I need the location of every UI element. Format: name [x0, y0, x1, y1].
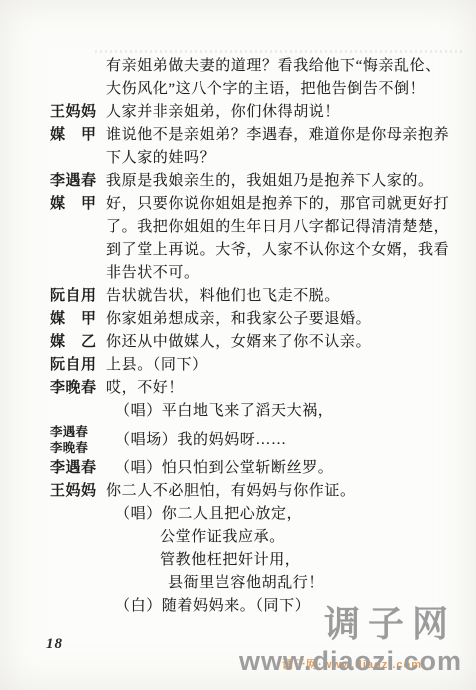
dialogue-block: 李遇春李晚春（唱场）我的妈妈呀……	[50, 423, 458, 457]
dialogue-line: 告状就告状，料他们也飞走不脱。	[106, 285, 458, 308]
page-number: 18	[46, 636, 63, 653]
speaker-name: 李遇春李晚春	[50, 424, 106, 456]
dialogue-block: 李遇春我原是我娘亲生的，我姐姐乃是抱养下人家的。	[50, 170, 458, 193]
dialogue-line: 哎，不好！	[106, 377, 458, 400]
dialogue-line: （唱场）我的妈妈呀……	[106, 423, 458, 457]
dialogue-line: 有亲姐弟做夫妻的道理？看我给他下“悔亲乱伦、	[106, 55, 458, 78]
dialogue-block: （唱）平白地飞来了滔天大祸，	[50, 400, 458, 423]
speaker-name: 李遇春	[50, 170, 106, 193]
dialogue-line: （唱）怕只怕到公堂斩断丝罗。	[106, 457, 458, 480]
dialogue-lines: （唱）怕只怕到公堂斩断丝罗。	[106, 457, 458, 480]
dialogue-block: 有亲姐弟做夫妻的道理？看我给他下“悔亲乱伦、大伤风化”这八个字的主语，把他告倒告…	[50, 55, 458, 101]
dialogue-line: 公堂作证我应承。	[106, 526, 458, 549]
dialogue-lines: 人家并非亲姐弟，你们休得胡说！	[106, 101, 458, 124]
dialogue-block: 媒 甲谁说他不是亲姐弟？李遇春，难道你是你母亲抱养下人家的娃吗？	[50, 124, 458, 170]
dialogue-lines: （白）随着妈妈来。（同下）	[106, 595, 458, 618]
speaker-name: 王妈妈	[50, 480, 106, 503]
dialogue-lines: 上县。（同下）	[106, 354, 458, 377]
dialogue-block: 阮自用告状就告状，料他们也飞走不脱。	[50, 285, 458, 308]
dialogue-block: 媒 甲你家姐弟想成亲，和我家公子要退婚。	[50, 308, 458, 331]
dialogue-line: 你二人不必胆怕，有妈妈与你作证。	[106, 480, 458, 503]
dialogue-block: 王妈妈人家并非亲姐弟，你们休得胡说！	[50, 101, 458, 124]
scanned-script-page: 有亲姐弟做夫妻的道理？看我给他下“悔亲乱伦、大伤风化”这八个字的主语，把他告倒告…	[0, 0, 476, 690]
dialogue-lines: 我原是我娘亲生的，我姐姐乃是抱养下人家的。	[106, 170, 458, 193]
dialogue-line: 下人家的娃吗？	[106, 147, 458, 170]
dialogue-lines: 你二人不必胆怕，有妈妈与你作证。	[106, 480, 458, 503]
speaker-name: 王妈妈	[50, 101, 106, 124]
dialogue-lines: （唱场）我的妈妈呀……	[106, 423, 458, 457]
speaker-name: 李晚春	[50, 377, 106, 400]
dialogue-lines: 有亲姐弟做夫妻的道理？看我给他下“悔亲乱伦、大伤风化”这八个字的主语，把他告倒告…	[106, 55, 458, 101]
dialogue-block: （白）随着妈妈来。（同下）	[50, 595, 458, 618]
speaker-name: 媒 甲	[50, 124, 106, 147]
script-body: 有亲姐弟做夫妻的道理？看我给他下“悔亲乱伦、大伤风化”这八个字的主语，把他告倒告…	[50, 55, 458, 618]
speaker-name: 媒 甲	[50, 193, 106, 216]
speaker-name: 李遇春	[50, 457, 106, 480]
dialogue-lines: 哎，不好！	[106, 377, 458, 400]
dialogue-lines: （唱）你二人且把心放定，公堂作证我应承。管教他枉把奸计用，县衙里岂容他胡乱行！	[106, 503, 458, 595]
dialogue-line: 谁说他不是亲姐弟？李遇春，难道你是你母亲抱养	[106, 124, 458, 147]
dialogue-line: （白）随着妈妈来。（同下）	[106, 595, 458, 618]
dialogue-line: 人家并非亲姐弟，你们休得胡说！	[106, 101, 458, 124]
dialogue-line: 大伤风化”这八个字的主语，把他告倒告不倒！	[106, 78, 458, 101]
dialogue-block: 媒 甲好，只要你说你姐姐是抱养下的，那官司就更好打了。我把你姐姐的生年日月八字都…	[50, 193, 458, 285]
scan-noise-artifact	[95, 50, 465, 53]
dialogue-line: 好，只要你说你姐姐是抱养下的，那官司就更好打	[106, 193, 458, 216]
dialogue-line: 县衙里岂容他胡乱行！	[106, 572, 458, 595]
speaker-name: 媒 甲	[50, 308, 106, 331]
watermark-site-url: www.diaozi.com	[202, 646, 462, 676]
dialogue-line: 非告状不可。	[106, 262, 458, 285]
dialogue-lines: 你家姐弟想成亲，和我家公子要退婚。	[106, 308, 458, 331]
speaker-name-top: 李遇春	[50, 424, 106, 440]
dialogue-block: 李晚春哎，不好！	[50, 377, 458, 400]
dialogue-block: 媒 乙你还从中做媒人，女婿来了你不认亲。	[50, 331, 458, 354]
dialogue-block: 王妈妈你二人不必胆怕，有妈妈与你作证。	[50, 480, 458, 503]
dialogue-lines: 你还从中做媒人，女婿来了你不认亲。	[106, 331, 458, 354]
dialogue-line: 你家姐弟想成亲，和我家公子要退婚。	[106, 308, 458, 331]
dialogue-line: 了。我把你姐姐的生年日月八字都记得清清楚楚，	[106, 216, 458, 239]
dialogue-line: 我原是我娘亲生的，我姐姐乃是抱养下人家的。	[106, 170, 458, 193]
dialogue-line: 你还从中做媒人，女婿来了你不认亲。	[106, 331, 458, 354]
speaker-name: 阮自用	[50, 285, 106, 308]
speaker-name-bottom: 李晚春	[50, 440, 106, 456]
dialogue-block: 阮自用上县。（同下）	[50, 354, 458, 377]
speaker-name: 阮自用	[50, 354, 106, 377]
dialogue-block: 李遇春（唱）怕只怕到公堂斩断丝罗。	[50, 457, 458, 480]
dialogue-block: （唱）你二人且把心放定，公堂作证我应承。管教他枉把奸计用，县衙里岂容他胡乱行！	[50, 503, 458, 595]
dialogue-line: 管教他枉把奸计用，	[106, 549, 458, 572]
dialogue-line: 上县。（同下）	[106, 354, 458, 377]
dialogue-lines: （唱）平白地飞来了滔天大祸，	[106, 400, 458, 423]
dialogue-line: 到了堂上再说。大爷，人家不认你这个女婿，我看	[106, 239, 458, 262]
dialogue-lines: 谁说他不是亲姐弟？李遇春，难道你是你母亲抱养下人家的娃吗？	[106, 124, 458, 170]
dialogue-line: （唱）平白地飞来了滔天大祸，	[106, 400, 458, 423]
watermark-echo-text: 调子网·www.diaozi.com	[282, 656, 422, 672]
dialogue-lines: 好，只要你说你姐姐是抱养下的，那官司就更好打了。我把你姐姐的生年日月八字都记得清…	[106, 193, 458, 285]
speaker-name: 媒 乙	[50, 331, 106, 354]
dialogue-line: （唱）你二人且把心放定，	[106, 503, 458, 526]
dialogue-lines: 告状就告状，料他们也飞走不脱。	[106, 285, 458, 308]
